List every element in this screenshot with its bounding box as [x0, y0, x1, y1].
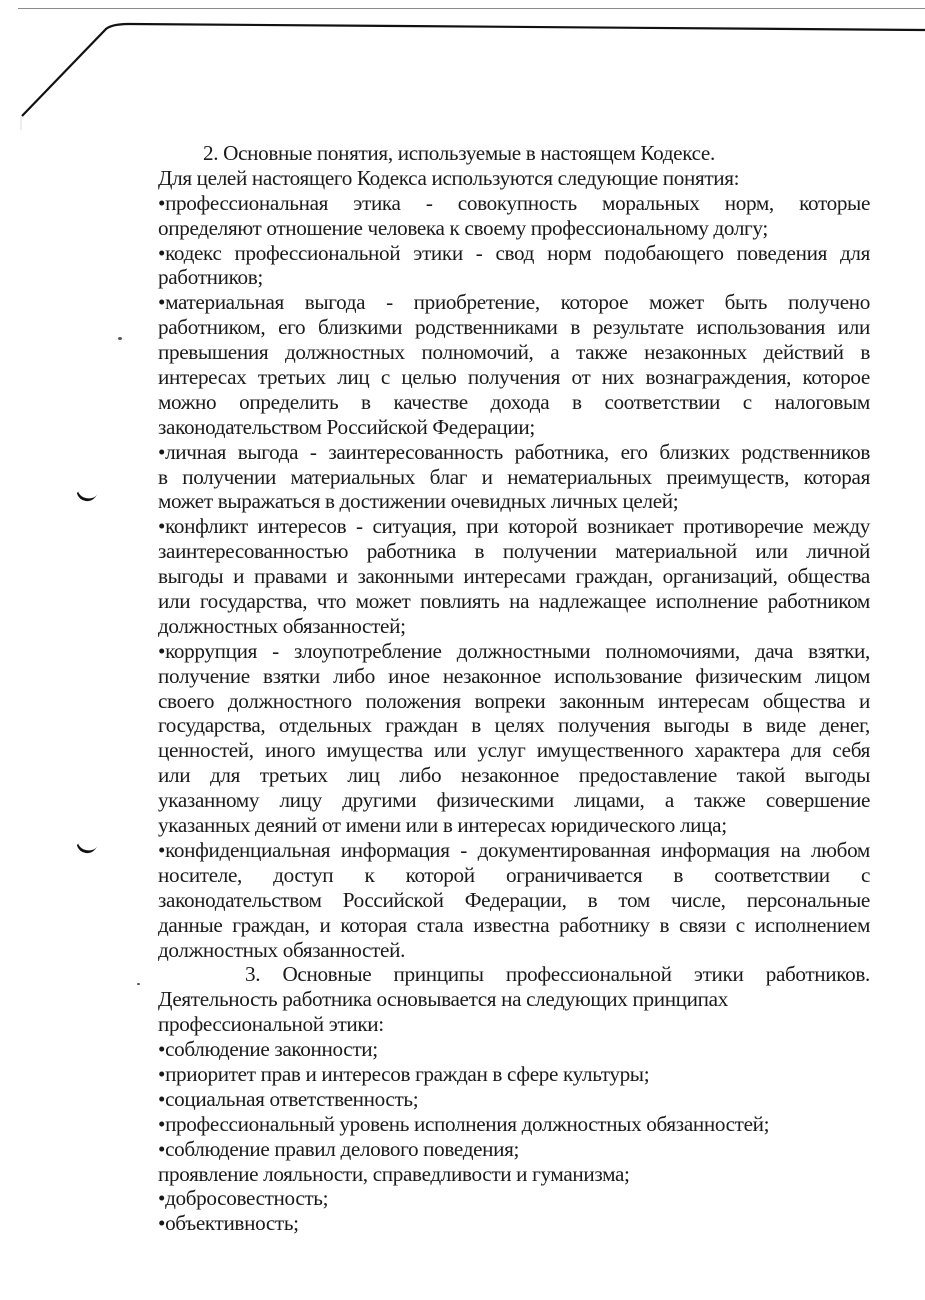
principle-item: •соблюдение правил делового поведения; — [158, 1137, 870, 1162]
definition-line: в получении материальных благ и нематери… — [158, 465, 870, 490]
folded-corner-edge — [0, 0, 925, 130]
hole-punch-mark — [74, 481, 99, 504]
definition-line: своего должностного положения вопреки за… — [158, 689, 870, 714]
definition-line: •конфиденциальная информация - документи… — [158, 838, 870, 863]
definition-line: должностных обязанностей. — [158, 938, 870, 963]
definition-line: должностных обязанностей; — [158, 614, 870, 639]
definition-line: может выражаться в достижении очевидных … — [158, 489, 870, 514]
definition-line: •материальная выгода - приобретение, кот… — [158, 290, 870, 315]
definition-line: •конфликт интересов - ситуация, при кото… — [158, 514, 870, 539]
definition-line: законодательством Российской Федерации; — [158, 415, 870, 440]
definition-line: •коррупция - злоупотребление должностным… — [158, 639, 870, 664]
principle-item: •приоритет прав и интересов граждан в сф… — [158, 1062, 870, 1087]
definition-line: данные граждан, и которая стала известна… — [158, 913, 870, 938]
scan-speck — [137, 983, 140, 985]
definition-line: •личная выгода - заинтересованность рабо… — [158, 440, 870, 465]
principle-item: •добросовестность; — [158, 1186, 870, 1211]
section-3-heading: 3. Основные принципы профессиональной эт… — [158, 962, 870, 987]
principle-item: •объективность; — [158, 1211, 870, 1236]
definition-line: государства, отдельных граждан в целях п… — [158, 713, 870, 738]
scan-speck — [118, 337, 122, 340]
definition-line: указанному лицу другими физическими лица… — [158, 788, 870, 813]
section-3-intro: профессиональной этики: — [158, 1012, 870, 1037]
definition-line: интересах третьих лиц с целью получения … — [158, 365, 870, 390]
definition-line: определяют отношение человека к своему п… — [158, 216, 870, 241]
definition-line: работников; — [158, 265, 870, 290]
definition-line: можно определить в качестве дохода в соо… — [158, 390, 870, 415]
definition-line: превышения должностных полномочий, а так… — [158, 340, 870, 365]
hole-punch-mark — [74, 833, 99, 856]
principle-item: •профессиональный уровень исполнения дол… — [158, 1112, 870, 1137]
section-3-intro: Деятельность работника основывается на с… — [158, 987, 870, 1012]
definition-line: ценностей, иного имущества или услуг иму… — [158, 738, 870, 763]
definition-line: заинтересованностью работника в получени… — [158, 539, 870, 564]
principle-item: проявление лояльности, справедливости и … — [158, 1162, 870, 1187]
definition-line: или для третьих лиц либо незаконное пред… — [158, 763, 870, 788]
section-2-intro: Для целей настоящего Кодекса используютс… — [158, 166, 870, 191]
definition-line: •профессиональная этика - совокупность м… — [158, 191, 870, 216]
definition-line: указанных деяний от имени или в интереса… — [158, 813, 870, 838]
principle-item: •соблюдение законности; — [158, 1037, 870, 1062]
definition-line: носителе, доступ к которой ограничиваетс… — [158, 863, 870, 888]
definition-line: выгоды и правами и законными интересами … — [158, 564, 870, 589]
definition-line: работником, его близкими родственниками … — [158, 315, 870, 340]
definition-line: получение взятки либо иное незаконное ис… — [158, 664, 870, 689]
principle-item: •социальная ответственность; — [158, 1087, 870, 1112]
definition-line: •кодекс профессиональной этики - свод но… — [158, 241, 870, 266]
definition-line: или государства, что может повлиять на н… — [158, 589, 870, 614]
section-2-heading: 2. Основные понятия, используемые в наст… — [158, 141, 870, 166]
definition-line: законодательством Российской Федерации, … — [158, 888, 870, 913]
document-body: 2. Основные понятия, используемые в наст… — [158, 141, 870, 1236]
